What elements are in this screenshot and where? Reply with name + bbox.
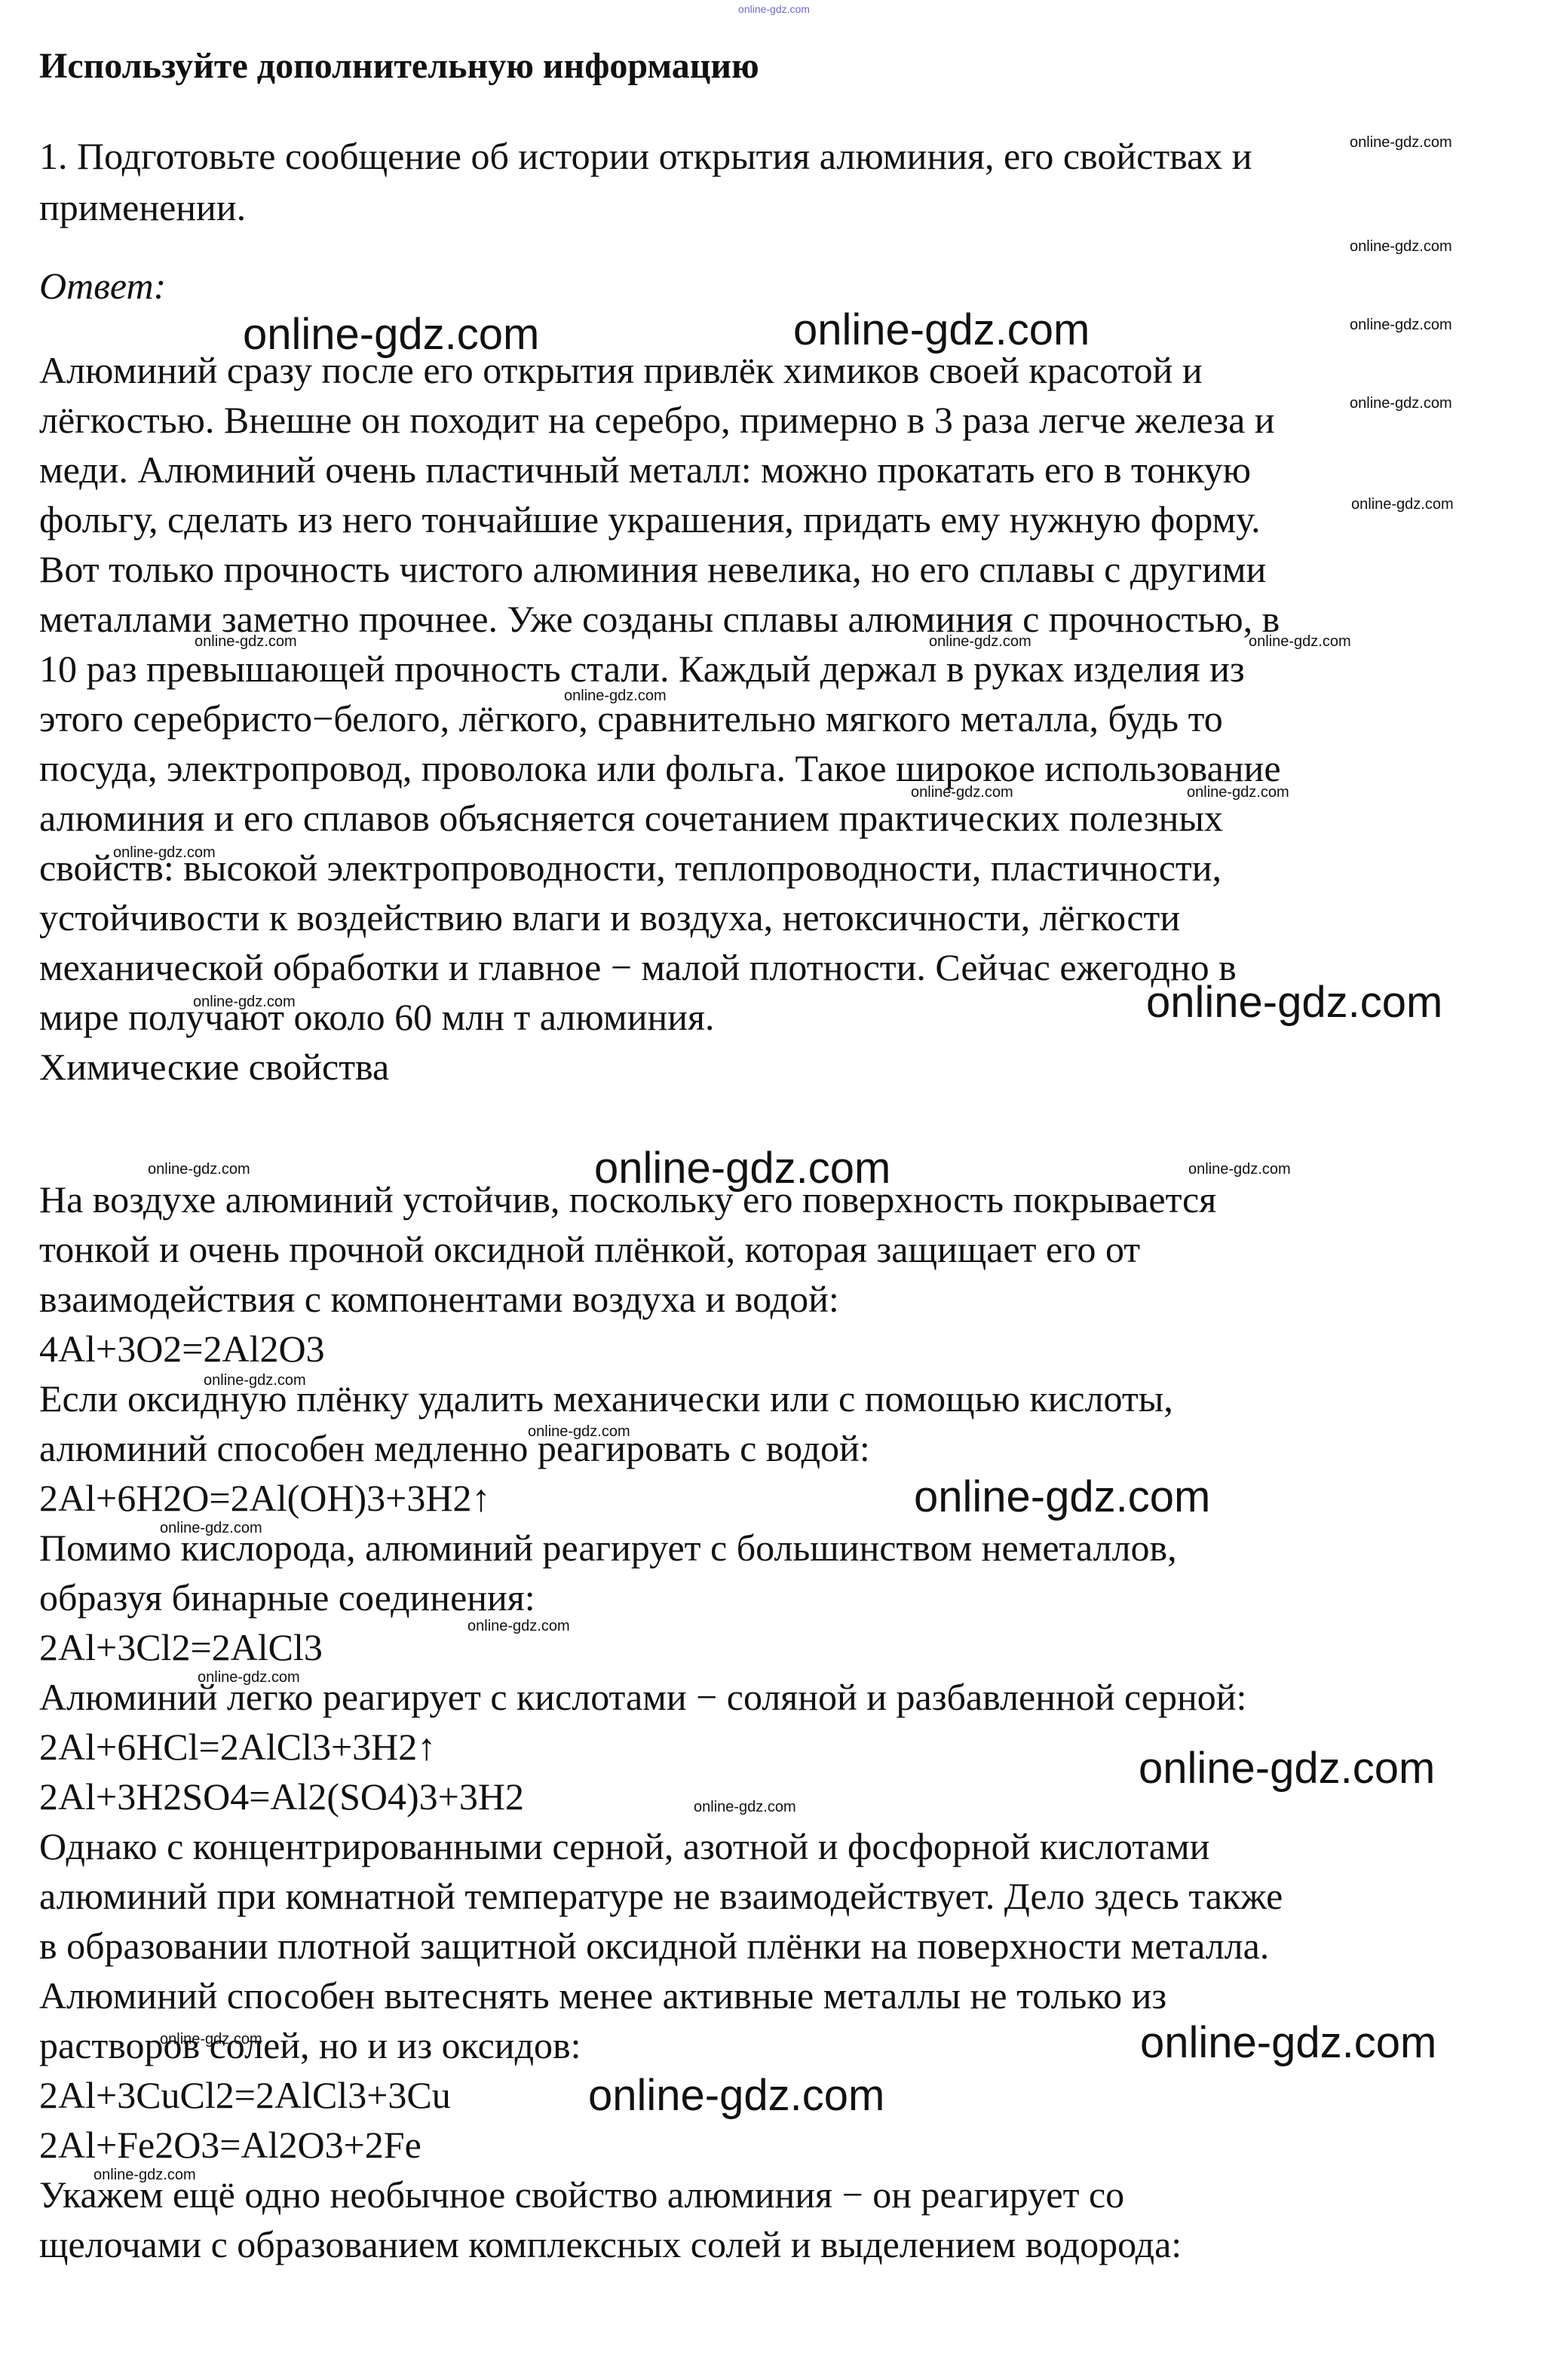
watermark: online-gdz.com	[594, 1143, 890, 1193]
body-line: 2Al+6HCl=2AlCl3+3H2↑	[39, 1728, 436, 1766]
watermark: online-gdz.com	[193, 994, 296, 1011]
body-line: этого серебристо−белого, лёгкого, сравни…	[39, 700, 1223, 737]
watermark: online-gdz.com	[148, 1161, 250, 1178]
watermark: online-gdz.com	[93, 2167, 196, 2184]
watermark: online-gdz.com	[1187, 784, 1289, 801]
body-line: Однако с концентрированными серной, азот…	[39, 1827, 1209, 1865]
body-line: в образовании плотной защитной оксидной …	[39, 1927, 1269, 1965]
body-line: тонкой и очень прочной оксидной плёнкой,…	[39, 1230, 1140, 1268]
body-line: Алюминий сразу после его открытия привлё…	[39, 351, 1203, 389]
watermark: online-gdz.com	[1350, 317, 1452, 334]
answer-label: Ответ:	[39, 267, 166, 305]
body-line: меди. Алюминий очень пластичный металл: …	[39, 451, 1251, 489]
watermark: online-gdz.com	[195, 633, 297, 651]
body-line: алюминий способен медленно реагировать с…	[39, 1429, 870, 1467]
page-heading: Используйте дополнительную информацию	[39, 45, 759, 87]
watermark: online-gdz.com	[467, 1618, 570, 1635]
watermark: online-gdz.com	[160, 2031, 262, 2048]
body-line: 2Al+3Cl2=2AlCl3	[39, 1628, 323, 1666]
body-line: Алюминий способен вытеснять менее активн…	[39, 1977, 1166, 2014]
body-line: устойчивости к воздействию влаги и возду…	[39, 899, 1180, 936]
watermark: online-gdz.com	[113, 844, 216, 862]
watermark: online-gdz.com	[1350, 134, 1452, 152]
body-line: 2Al+3CuCl2=2AlCl3+3Cu	[39, 2076, 451, 2114]
watermark: online-gdz.com	[793, 305, 1090, 355]
body-line: 2Al+6H2O=2Al(OH)3+3H2↑	[39, 1479, 490, 1517]
watermark: online-gdz.com	[1140, 2017, 1436, 2068]
watermark: online-gdz.com	[1188, 1161, 1291, 1178]
body-line: Вот только прочность чистого алюминия не…	[39, 550, 1266, 588]
body-line: Укажем ещё одно необычное свойство алюми…	[39, 2176, 1124, 2213]
body-line: растворов солей, но и из оксидов:	[39, 2026, 581, 2064]
body-line: алюминий при комнатной температуре не вз…	[39, 1877, 1283, 1915]
watermark: online-gdz.com	[1249, 633, 1351, 651]
watermark: online-gdz.com	[911, 784, 1013, 801]
task-line-1: 1. Подготовьте сообщение об истории откр…	[39, 137, 1252, 175]
body-line: металлами заметно прочнее. Уже созданы с…	[39, 600, 1280, 638]
body-line: лёгкостью. Внешне он походит на серебро,…	[39, 401, 1275, 439]
body-line: мире получают около 60 млн т алюминия.	[39, 998, 714, 1036]
top-watermark: online-gdz.com	[0, 3, 1548, 15]
body-line: 2Al+Fe2O3=Al2O3+2Fe	[39, 2126, 421, 2164]
watermark: online-gdz.com	[528, 1423, 630, 1441]
watermark: online-gdz.com	[160, 1520, 262, 1537]
body-line: 10 раз превышающей прочность стали. Кажд…	[39, 650, 1245, 688]
body-line: взаимодействия с компонентами воздуха и …	[39, 1280, 839, 1318]
watermark: online-gdz.com	[1350, 238, 1452, 256]
watermark: online-gdz.com	[198, 1669, 300, 1686]
watermark: online-gdz.com	[1139, 1743, 1435, 1793]
watermark: online-gdz.com	[204, 1372, 306, 1389]
task-line-2: применении.	[39, 188, 246, 226]
body-line: посуда, электропровод, проволока или фол…	[39, 749, 1281, 787]
watermark: online-gdz.com	[1350, 395, 1452, 412]
watermark: online-gdz.com	[564, 688, 667, 705]
watermark: online-gdz.com	[1351, 496, 1454, 513]
body-line: свойств: высокой электропроводности, теп…	[39, 849, 1222, 887]
watermark: online-gdz.com	[914, 1472, 1210, 1522]
watermark: online-gdz.com	[588, 2070, 884, 2121]
watermark: online-gdz.com	[243, 309, 539, 360]
body-line: щелочами с образованием комплексных соле…	[39, 2225, 1182, 2263]
watermark: online-gdz.com	[1146, 977, 1442, 1028]
watermark: online-gdz.com	[694, 1799, 796, 1816]
body-line: механической обработки и главное − малой…	[39, 948, 1237, 986]
body-line: 2Al+3H2SO4=Al2(SO4)3+3H2	[39, 1778, 524, 1815]
body-line: 4Al+3O2=2Al2O3	[39, 1330, 325, 1368]
body-line: фольгу, сделать из него тончайшие украше…	[39, 501, 1261, 538]
body-line: алюминия и его сплавов объясняется сочет…	[39, 799, 1223, 837]
body-line: образуя бинарные соединения:	[39, 1579, 535, 1616]
watermark: online-gdz.com	[929, 633, 1031, 651]
body-line: Химические свойства	[39, 1048, 389, 1086]
